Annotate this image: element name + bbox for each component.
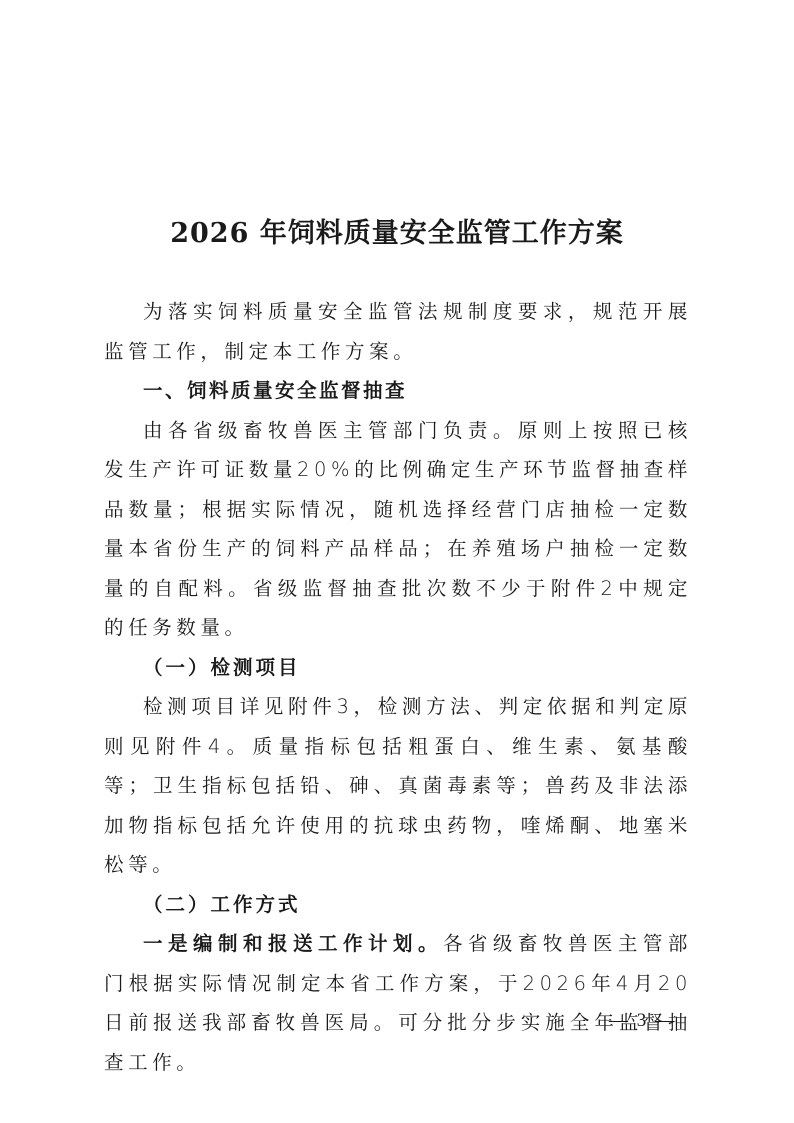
document-title: 2026 年饲料质量安全监管工作方案 [0,214,794,254]
page-number: — 3 — [609,1010,676,1032]
test-items-paragraph: 检测项目详见附件3，检测方法、判定依据和判定原则见附件4。质量指标包括粗蛋白、维… [104,687,692,885]
document-page: 2026 年饲料质量安全监管工作方案 为落实饲料质量安全监管法规制度要求，规范开… [0,0,794,1123]
document-body: 为落实饲料质量安全监管法规制度要求，规范开展监管工作，制定本工作方案。 一、饲料… [104,292,692,1082]
work-plan-lead: 一是编制和报送工作计划。 [143,932,443,955]
intro-paragraph: 为落实饲料质量安全监管法规制度要求，规范开展监管工作，制定本工作方案。 [104,292,692,371]
subsection-heading-work-method: （二）工作方式 [104,885,692,925]
section-heading-supervision-sampling: 一、饲料质量安全监督抽查 [104,371,692,411]
supervision-sampling-paragraph: 由各省级畜牧兽医主管部门负责。原则上按照已核发生产许可证数量20%的比例确定生产… [104,411,692,648]
work-method-paragraph: 一是编制和报送工作计划。各省级畜牧兽医主管部门根据实际情况制定本省工作方案，于2… [104,924,692,1082]
subsection-heading-test-items: （一）检测项目 [104,648,692,688]
